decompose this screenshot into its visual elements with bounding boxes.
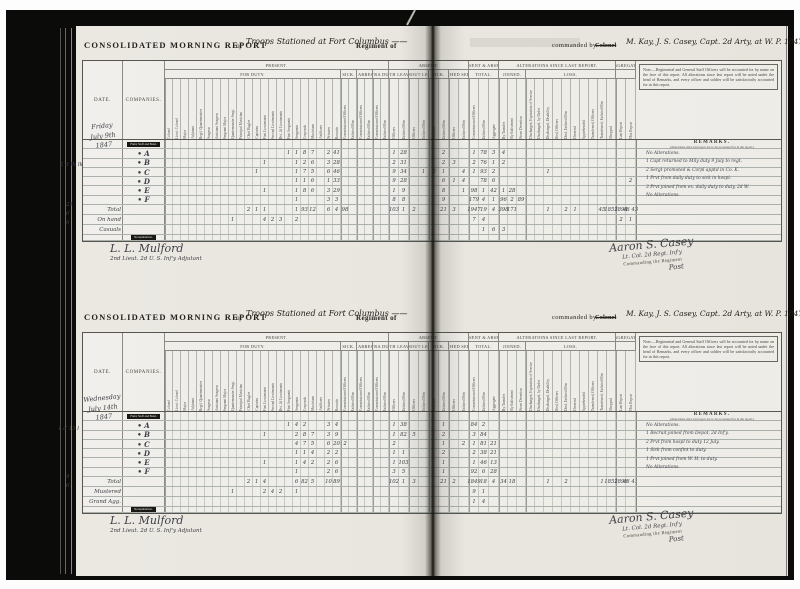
grid-cell [349,168,357,176]
grid-cell [389,412,399,420]
grid-cell [301,225,309,234]
grid-cell [333,412,341,420]
grid-cell [535,205,544,214]
grid-cell [526,225,535,234]
grid-cell: 1 [489,196,499,204]
company-cell: Field, Staff and Band. [123,140,165,148]
grid-cell [301,196,309,204]
grid-cell: 81 [479,440,489,448]
grid-cell [325,235,333,240]
grid-cell [562,225,571,234]
grid-cell [333,497,341,506]
grid-cell [197,196,205,204]
grid-cell: 6 [309,186,317,194]
grid-cell [181,168,189,176]
margin-note: 6. [66,483,71,489]
grid-cell [189,196,197,204]
grid-cell [616,196,626,204]
grid-cell [229,177,237,185]
grid-cell [253,186,261,194]
grid-cell [253,458,261,466]
grid-cell [365,159,373,167]
grid-cell [173,149,181,157]
grid-cell [221,412,229,420]
grid-cell [229,196,237,204]
grid-cell [508,168,517,176]
grid-cell [349,196,357,204]
column-label: Sergeants [293,351,301,411]
grid-cell [221,468,229,476]
column-label: This Report [626,351,636,411]
grid-cell [229,421,237,429]
column-label: First Sergeants [285,79,293,139]
book-page-edge [60,28,61,574]
grid-cell [616,168,626,176]
grid-cell [341,449,349,457]
grid-cell [598,235,607,240]
grid-cell [571,440,580,448]
grid-cell [293,412,301,420]
grid-cell: 1 [479,225,489,234]
grid-cell [181,412,189,420]
grid-cell [317,235,325,240]
grid-cell [365,186,373,194]
grid-cell [517,159,526,167]
grid-cell [598,421,607,429]
grid-cell [317,431,325,439]
column-label-text: First Sergeants [286,390,292,411]
grid-cell [173,196,181,204]
grid-cell [317,186,325,194]
grid-cell [562,412,571,420]
grid-cell [189,449,197,457]
grid-cell [562,440,571,448]
grid-cell: 1 [389,449,399,457]
grid-cell [553,487,562,496]
grid-cell [526,215,535,224]
column-label: Commissioned Officers [469,79,479,139]
grid-cell [616,140,626,148]
grid-cell [571,215,580,224]
date-cell [83,431,123,439]
grid-cell [165,487,173,496]
grid-cell: 7 [309,149,317,157]
column-label: Artificers [317,351,325,411]
grid-cell [571,431,580,439]
grid-cell [197,205,205,214]
grid-cell [285,431,293,439]
grid-cell [607,168,616,176]
grid-cell [213,477,221,486]
grid-cell: 2 [508,196,517,204]
grid-cell [181,449,189,457]
grid-cell [349,177,357,185]
company-cell: • E [123,186,165,194]
remarks-column-header: Note.—Regimental and General Staff Offic… [636,333,781,411]
remarks-cell [636,412,781,420]
grid-cell: 2 [325,458,333,466]
grid-cell: 4 [489,477,499,486]
grid-cell [333,487,341,496]
column-label-text: Lieut. Colonel [174,118,180,139]
grid-cell [173,235,181,240]
note-box: Note.—Regimental and General Staff Offic… [639,64,778,90]
grid-cell [213,215,221,224]
grid-cell [489,235,499,240]
grid-cell [499,497,508,506]
grid-cell [553,186,562,194]
column-label-text: Quartermaster Sergt. [230,109,236,139]
grid-cell [173,449,181,457]
grid-cell [205,149,213,157]
grid-cell: 7 [469,215,479,224]
grid-cell [253,497,261,506]
grid-cell: 4 [479,196,489,204]
grid-cell [349,159,357,167]
grid-cell [535,235,544,240]
column-label: Assistant Surgeon [213,351,221,411]
grid-cell [544,412,553,420]
grid-cell [544,421,553,429]
grid-cell [381,412,389,420]
grid-cell [237,412,245,420]
grid-cell: 3 [489,149,499,157]
total-row-label: Mustered [94,489,121,495]
grid-cell [365,140,373,148]
column-label: Principal Musician [237,351,245,411]
grid-cell: 1 [389,186,399,194]
grid-cell [301,235,309,240]
column-label: By Enlistment [508,351,517,411]
column-label-text: From Desertion [518,116,524,139]
grid-cell [598,177,607,185]
grid-cell: 6 [309,159,317,167]
grid-cell [165,168,173,176]
grid-cell [181,468,189,476]
grid-cell [562,168,571,176]
column-label: Transferred, Officers [589,351,598,411]
grid-cell [181,421,189,429]
grid-cell [517,431,526,439]
column-label: Dropped [607,79,616,139]
grid-cell [269,507,277,512]
grid-cell: 2 [325,449,333,457]
of-label: of [236,314,241,322]
grid-cell: 2 [616,215,626,224]
grid-cell [237,421,245,429]
grid-cell: 1 [293,186,301,194]
grid-cell [221,477,229,486]
grid-cell: 9 [333,431,341,439]
grid-cell [373,487,381,496]
remarks-cell [636,159,781,167]
column-label: Last Report [616,79,626,139]
grid-cell [571,477,580,486]
grid-cell [277,196,285,204]
grid-cell [589,497,598,506]
companies-column-header: COMPANIES. [123,333,165,411]
column-label-text: First Lieutenants [262,115,268,139]
grid-cell [277,140,285,148]
grid-cell [205,487,213,496]
grid-cell [381,458,389,466]
grid-cell [589,149,598,157]
grid-cell [517,421,526,429]
column-label: Major [181,351,189,411]
grid-cell [598,186,607,194]
grid-cell [589,177,598,185]
grid-cell: 42 [489,186,499,194]
grid-cell [479,140,489,148]
remarks-cell [636,149,781,157]
grid-cell [373,235,381,240]
grid-cell: 8 [301,186,309,194]
grid-cell [205,468,213,476]
company-letter: • D [137,177,150,186]
grid-cell [309,421,317,429]
grid-cell: 171 [508,205,517,214]
grid-cell [253,225,261,234]
grid-cell [553,412,562,420]
grid-cell [205,215,213,224]
grid-cell [469,177,479,185]
grid-cell: 1 [544,477,553,486]
grid-cell [253,449,261,457]
grid-cell [341,412,349,420]
regiment-label: Regiment of [356,314,397,322]
grid-cell [589,186,598,194]
remarks-cell [636,468,781,476]
total-row-label: Total [107,479,121,485]
grid-cell [197,215,205,224]
total-row-label: Total [107,207,121,213]
grid-cell [213,225,221,234]
grid-cell: 6 [489,225,499,234]
grid-cell [553,431,562,439]
grid-cell [277,186,285,194]
column-group-label: PRESENT & ABSENT. [469,61,499,69]
grid-cell [589,205,598,214]
column-label: Chief Bugler [245,79,253,139]
column-label: Musicians [309,79,317,139]
grid-cell [197,477,205,486]
grid-cell [189,458,197,466]
margin-note: 2 d W lk [60,162,83,168]
grid-cell [562,215,571,224]
grid-cell [357,196,365,204]
grid-cell [553,468,562,476]
remarks-cell [636,458,781,466]
grid-cell [221,140,229,148]
column-label: Surgeon [205,351,213,411]
company-cell: • E [123,458,165,466]
company-cell: • B [123,431,165,439]
grid-cell [489,421,499,429]
grid-cell: 98 [469,186,479,194]
grid-cell [285,186,293,194]
remarks-cell [636,215,781,224]
grid-cell [589,421,598,429]
grid-cell [277,449,285,457]
grid-cell [499,431,508,439]
column-label-text: Sergeants [294,125,300,139]
grid-cell [580,215,589,224]
grid-cell [469,235,479,240]
grid-cell [189,177,197,185]
remarks-cell [636,440,781,448]
column-label-text: Officers [391,399,397,411]
colonel-label-struck: Colonel [595,314,616,321]
grid-cell [213,186,221,194]
column-label-text: Second Lieutenants [270,111,276,139]
grid-cell [508,497,517,506]
grid-cell [173,507,181,512]
grid-cell [301,140,309,148]
grid-cell [165,149,173,157]
grid-cell [277,440,285,448]
grid-cell [301,468,309,476]
grid-cell [357,487,365,496]
grid-cell [589,140,598,148]
grid-cell [269,421,277,429]
grid-cell: 13 [489,458,499,466]
grid-cell: 2 [469,159,479,167]
column-group-label: PRESENT. [165,61,389,69]
grid-cell [245,458,253,466]
grid-cell: 4 [333,421,341,429]
grid-cell [165,440,173,448]
grid-cell [357,468,365,476]
grid-cell [571,149,580,157]
grid-cell [293,497,301,506]
grid-cell [626,487,636,496]
grid-cell [189,215,197,224]
grid-cell [229,440,237,448]
grid-cell [349,421,357,429]
grid-cell [173,458,181,466]
grid-cell [309,140,317,148]
grid-cell [269,140,277,148]
grid-cell [357,235,365,240]
grid-cell [269,468,277,476]
grid-cell [277,497,285,506]
grid-cell [333,215,341,224]
grid-cell [341,477,349,486]
grid-cell: 8 [301,431,309,439]
column-label: Assistant Surgeon [213,79,221,139]
grid-cell [489,215,499,224]
grid-cell [535,449,544,457]
grid-cell [165,225,173,234]
grid-cell: 2 [469,449,479,457]
grid-cell [269,412,277,420]
grid-cell [553,159,562,167]
grid-cell [341,497,349,506]
grid-cell [189,477,197,486]
grid-cell [626,421,636,429]
column-label: Died, Enlisted Men [562,351,571,411]
grid-cell [598,215,607,224]
grid-cell [237,159,245,167]
grid-cell [189,159,197,167]
column-label-text: Commissioned Officers [471,105,477,139]
grid-cell: 6 [325,440,333,448]
date-cell [83,235,123,240]
grid-cell [626,458,636,466]
grid-cell: 1 [261,186,269,194]
company-cell: • A [123,149,165,157]
grid-cell [301,497,309,506]
grid-cell [189,497,197,506]
company-cell: • C [123,168,165,176]
grid-cell [365,225,373,234]
grid-cell [562,186,571,194]
grid-cell [535,140,544,148]
grid-cell: 1 [261,458,269,466]
column-label-text: Commissioned Officers [374,105,380,139]
grid-cell [333,507,341,512]
grid-cell [517,149,526,157]
grid-cell [571,196,580,204]
grid-cell: 2 [479,421,489,429]
grid-cell [526,140,535,148]
grid-cell [553,440,562,448]
grid-cell [237,168,245,176]
column-label: Lieut. Colonel [173,79,181,139]
grid-cell [277,177,285,185]
grid-cell [245,140,253,148]
grid-cell [580,205,589,214]
grid-cell: 6 [489,177,499,185]
grid-cell [189,140,197,148]
grid-cell [589,431,598,439]
grid-cell [389,140,399,148]
grid-cell [365,205,373,214]
grid-cell [357,507,365,512]
grid-cell [544,235,553,240]
book-page-edge [71,28,72,574]
grid-cell [589,458,598,466]
grid-cell [165,140,173,148]
grid-cell [598,449,607,457]
grid-cell [616,186,626,194]
grid-cell [553,497,562,506]
grid-cell [317,159,325,167]
column-label-text: Enlisted Men [481,392,487,411]
grid-cell [173,140,181,148]
grid-cell [517,487,526,496]
grid-cell [181,477,189,486]
column-label-text: Enlisted Men [350,392,356,411]
column-label: Discharged, Disability [544,79,553,139]
grid-cell [285,477,293,486]
grid-cell [245,507,253,512]
recapitulation-label: Recapitulation. [131,235,155,240]
column-subgroup-label [616,342,636,350]
grid-cell [341,431,349,439]
grid-cell: 2 [245,477,253,486]
grid-cell [381,477,389,486]
adjutant-signature-block: L. L. Mulford 2nd Lieut. 2d U. S. Inf'y … [110,242,202,262]
grid-cell [229,186,237,194]
column-label: Commissioned Officers [341,79,349,139]
grid-cell [229,225,237,234]
grid-cell [221,235,229,240]
grid-cell: 5 [309,440,317,448]
grid-cell: 84 [469,421,479,429]
grid-cell: 21 [489,440,499,448]
grid-cell [562,458,571,466]
